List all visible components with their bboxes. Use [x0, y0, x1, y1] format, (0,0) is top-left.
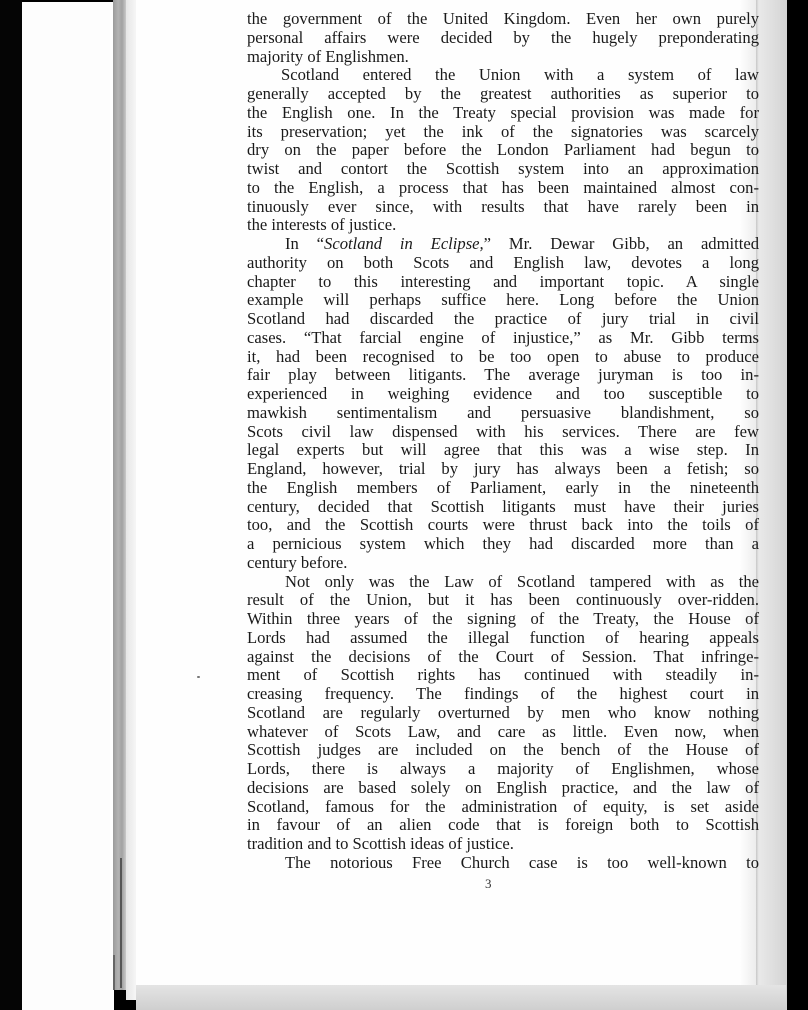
text-line: the English members of Parliament, early…: [247, 479, 759, 498]
text-line: generally accepted by the greatest autho…: [247, 85, 759, 104]
text-line: chapter to this interesting and importan…: [247, 273, 759, 292]
text-line: cases. “That farcial engine of injustice…: [247, 329, 759, 348]
text-line: Scotland entered the Union with a system…: [247, 66, 759, 85]
page-number: 3: [485, 876, 492, 892]
page-bottom-edge: [136, 985, 786, 1010]
text-line: Scotland had discarded the practice of j…: [247, 310, 759, 329]
text-fragment: In “: [285, 234, 324, 253]
paragraph: the government of the United Kingdom. Ev…: [247, 10, 759, 66]
spine-tick: [113, 955, 115, 990]
text-line: fair play between litigants. The average…: [247, 366, 759, 385]
scan-left-border: [0, 0, 22, 1010]
text-line: Scots civil law dispensed with his servi…: [247, 423, 759, 442]
text-line: whatever of Scots Law, and care as littl…: [247, 723, 759, 742]
scanned-page: the government of the United Kingdom. Ev…: [0, 0, 808, 1010]
text-line: dry on the paper before the London Parli…: [247, 141, 759, 160]
text-line: Scotland are regularly overturned by men…: [247, 704, 759, 723]
paragraph: The notorious Free Church case is too we…: [247, 854, 759, 873]
text-line: to the English, a process that has been …: [247, 179, 759, 198]
body-text: the government of the United Kingdom. Ev…: [247, 10, 759, 873]
spine-mark: [120, 858, 122, 988]
text-line: mawkish sentimentalism and persuasive bl…: [247, 404, 759, 423]
text-line: its preservation; yet the ink of the sig…: [247, 123, 759, 142]
text-line: it, had been recognised to be too open t…: [247, 348, 759, 367]
text-line: decisions are based solely on English pr…: [247, 779, 759, 798]
facing-page-margin: [22, 2, 114, 1010]
text-line: Lords, there is always a majority of Eng…: [247, 760, 759, 779]
text-line: century, decided that Scottish litigants…: [247, 498, 759, 517]
text-line: Scottish judges are included on the benc…: [247, 741, 759, 760]
paragraph: Not only was the Law of Scotland tampere…: [247, 573, 759, 854]
text-line: tinuously ever since, with results that …: [247, 198, 759, 217]
text-line: ment of Scottish rights has continued wi…: [247, 666, 759, 685]
text-line: a pernicious system which they had disca…: [247, 535, 759, 554]
text-line: authority on both Scots and English law,…: [247, 254, 759, 273]
text-line: too, and the Scottish courts were thrust…: [247, 516, 759, 535]
book-spine-shadow: [113, 0, 126, 990]
text-line: Scotland, famous for the administration …: [247, 798, 759, 817]
scan-right-border: [787, 0, 808, 1010]
book-gutter: [126, 0, 136, 1000]
text-line: creasing frequency. The findings of the …: [247, 685, 759, 704]
text-line: example will perhaps suffice here. Long …: [247, 291, 759, 310]
text-line: The notorious Free Church case is too we…: [247, 854, 759, 873]
text-line: In “Scotland in Eclipse,” Mr. Dewar Gibb…: [247, 235, 759, 254]
paragraph: Scotland entered the Union with a system…: [247, 66, 759, 235]
text-line: result of the Union, but it has been con…: [247, 591, 759, 610]
text-line: the government of the United Kingdom. Ev…: [247, 10, 759, 29]
text-line: the interests of justice.: [247, 216, 759, 235]
text-line: the English one. In the Treaty special p…: [247, 104, 759, 123]
text-line: against the decisions of the Court of Se…: [247, 648, 759, 667]
text-line: Lords had assumed the illegal function o…: [247, 629, 759, 648]
text-line: tradition and to Scottish ideas of justi…: [247, 835, 759, 854]
text-line: in favour of an alien code that is forei…: [247, 816, 759, 835]
text-line: Within three years of the signing of the…: [247, 610, 759, 629]
book-title: Scotland in Eclipse,: [324, 234, 484, 253]
scan-speck: [197, 676, 200, 678]
text-line: majority of Englishmen.: [247, 48, 759, 67]
text-line: personal affairs were decided by the hug…: [247, 29, 759, 48]
text-line: legal experts but will agree that this w…: [247, 441, 759, 460]
paragraph: In “Scotland in Eclipse,” Mr. Dewar Gibb…: [247, 235, 759, 573]
text-line: Not only was the Law of Scotland tampere…: [247, 573, 759, 592]
text-line: century before.: [247, 554, 759, 573]
text-line: twist and contort the Scottish system in…: [247, 160, 759, 179]
text-line: England, however, trial by jury has alwa…: [247, 460, 759, 479]
text-fragment: ” Mr. Dewar Gibb, an admitted: [484, 234, 759, 253]
text-line: experienced in weighing evidence and too…: [247, 385, 759, 404]
